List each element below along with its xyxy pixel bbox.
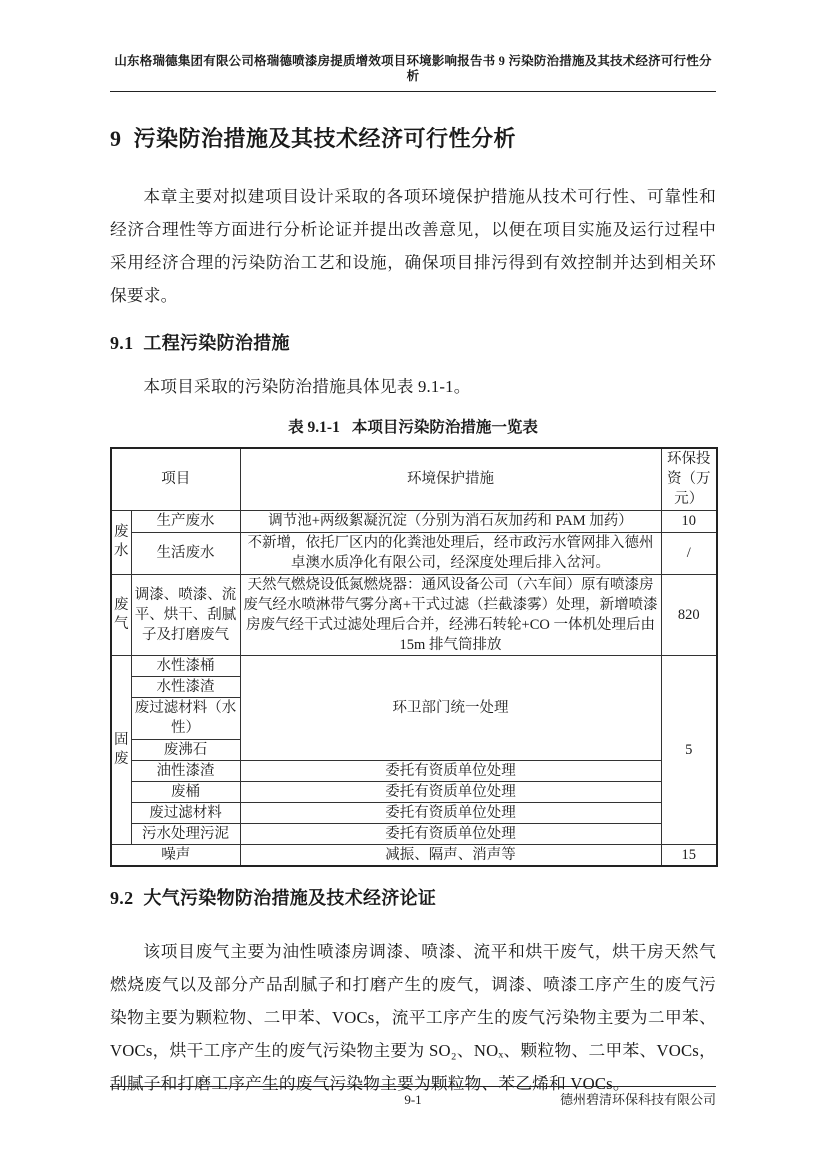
chapter-title-text: 污染防治措施及其技术经济可行性分析 (134, 126, 517, 151)
category-cell-wastewater: 废水 (111, 510, 131, 574)
header-cell-measures: 环境保护措施 (240, 448, 661, 510)
table-row: 废气 调漆、喷漆、流平、烘干、刮腻子及打磨废气 天然气燃烧设低氮燃烧器：通风设备… (111, 574, 717, 655)
measure-cell: 调节池+两级絮凝沉淀（分别为消石灰加药和 PAM 加药） (240, 510, 661, 532)
measure-cell: 天然气燃烧设低氮燃烧器：通风设备公司（六车间）原有喷漆房废气经水喷淋带气雾分离+… (240, 574, 661, 655)
measure-cell-qualified: 委托有资质单位处理 (240, 760, 661, 781)
table-row: 废过滤材料 委托有资质单位处理 (111, 802, 717, 823)
item-cell: 油性漆渣 (131, 760, 240, 781)
table-row: 生活废水 不新增，依托厂区内的化粪池处理后，经市政污水管网排入德州卓澳水质净化有… (111, 532, 717, 574)
running-header-text: 山东格瑞德集团有限公司格瑞德喷漆房提质增效项目环境影响报告书 9 污染防治措施及… (110, 54, 716, 92)
running-footer: 9-1 德州碧清环保科技有限公司 (110, 1086, 716, 1116)
item-cell: 废过滤材料 (131, 802, 240, 823)
category-cell-waste-gas: 废气 (111, 574, 131, 655)
header-cell-investment: 环保投资（万元） (661, 448, 717, 510)
measure-cell-qualified: 委托有资质单位处理 (240, 823, 661, 844)
section-9-2-paragraph: 该项目废气主要为油性喷漆房调漆、喷漆、流平和烘干废气，烘干房天然气燃烧废气以及部… (110, 935, 716, 1100)
investment-cell: / (661, 532, 717, 574)
section-9-2-heading-text: 大气污染物防治措施及技术经济论证 (143, 888, 436, 908)
table-row: 固废 水性漆桶 环卫部门统一处理 5 (111, 655, 717, 676)
section-9-1-heading-text: 工程污染防治措施 (143, 333, 289, 353)
table-header-row: 项目 环境保护措施 环保投资（万元） (111, 448, 717, 510)
investment-cell: 10 (661, 510, 717, 532)
table-row: 废水 生产废水 调节池+两级絮凝沉淀（分别为消石灰加药和 PAM 加药） 10 (111, 510, 717, 532)
item-cell: 废桶 (131, 781, 240, 802)
investment-cell-solid-waste: 5 (661, 655, 717, 844)
item-cell: 水性漆桶 (131, 655, 240, 676)
item-cell: 生产废水 (131, 510, 240, 532)
item-cell: 废过滤材料（水性） (131, 697, 240, 739)
chapter-number: 9 (110, 126, 122, 151)
document-page: 山东格瑞德集团有限公司格瑞德喷漆房提质增效项目环境影响报告书 9 污染防治措施及… (0, 0, 827, 1169)
section-9-2-heading: 9.2大气污染物防治措施及技术经济论证 (110, 885, 716, 911)
item-cell: 水性漆渣 (131, 676, 240, 697)
section-9-1-heading: 9.1工程污染防治措施 (110, 330, 716, 356)
measure-cell-qualified: 委托有资质单位处理 (240, 781, 661, 802)
item-cell: 调漆、喷漆、流平、烘干、刮腻子及打磨废气 (131, 574, 240, 655)
table-caption-text: 本项目污染防治措施一览表 (352, 419, 538, 436)
table-caption: 表 9.1-1本项目污染防治措施一览表 (110, 418, 716, 438)
table-row-noise: 噪声 减振、隔声、消声等 15 (111, 844, 717, 866)
section-9-2-number: 9.2 (110, 888, 133, 908)
footer-company-name: 德州碧清环保科技有限公司 (560, 1091, 716, 1108)
running-header: 山东格瑞德集团有限公司格瑞德喷漆房提质增效项目环境影响报告书 9 污染防治措施及… (110, 0, 716, 92)
item-cell: 污水处理污泥 (131, 823, 240, 844)
table-caption-label: 表 9.1-1 (288, 419, 340, 436)
measure-cell: 不新增，依托厂区内的化粪池处理后，经市政污水管网排入德州卓澳水质净化有限公司，经… (240, 532, 661, 574)
item-cell-noise: 噪声 (111, 844, 240, 866)
section-9-1-paragraph: 本项目采取的污染防治措施具体见表 9.1-1。 (110, 370, 716, 403)
item-cell: 生活废水 (131, 532, 240, 574)
investment-cell: 820 (661, 574, 717, 655)
table-row: 废桶 委托有资质单位处理 (111, 781, 717, 802)
section-9-1-number: 9.1 (110, 333, 133, 353)
item-cell: 废沸石 (131, 739, 240, 760)
category-cell-solid-waste: 固废 (111, 655, 131, 844)
measure-cell-municipal: 环卫部门统一处理 (240, 655, 661, 760)
investment-cell: 15 (661, 844, 717, 866)
table-row: 污水处理污泥 委托有资质单位处理 (111, 823, 717, 844)
intro-paragraph: 本章主要对拟建项目设计采取的各项环境保护措施从技术可行性、可靠性和经济合理性等方… (110, 180, 716, 312)
measure-cell-qualified: 委托有资质单位处理 (240, 802, 661, 823)
chapter-title: 9污染防治措施及其技术经济可行性分析 (110, 124, 716, 154)
measure-cell: 减振、隔声、消声等 (240, 844, 661, 866)
table-row: 油性漆渣 委托有资质单位处理 (111, 760, 717, 781)
pollution-measures-table: 项目 环境保护措施 环保投资（万元） 废水 生产废水 调节池+两级絮凝沉淀（分别… (110, 447, 718, 867)
header-cell-item: 项目 (111, 448, 240, 510)
